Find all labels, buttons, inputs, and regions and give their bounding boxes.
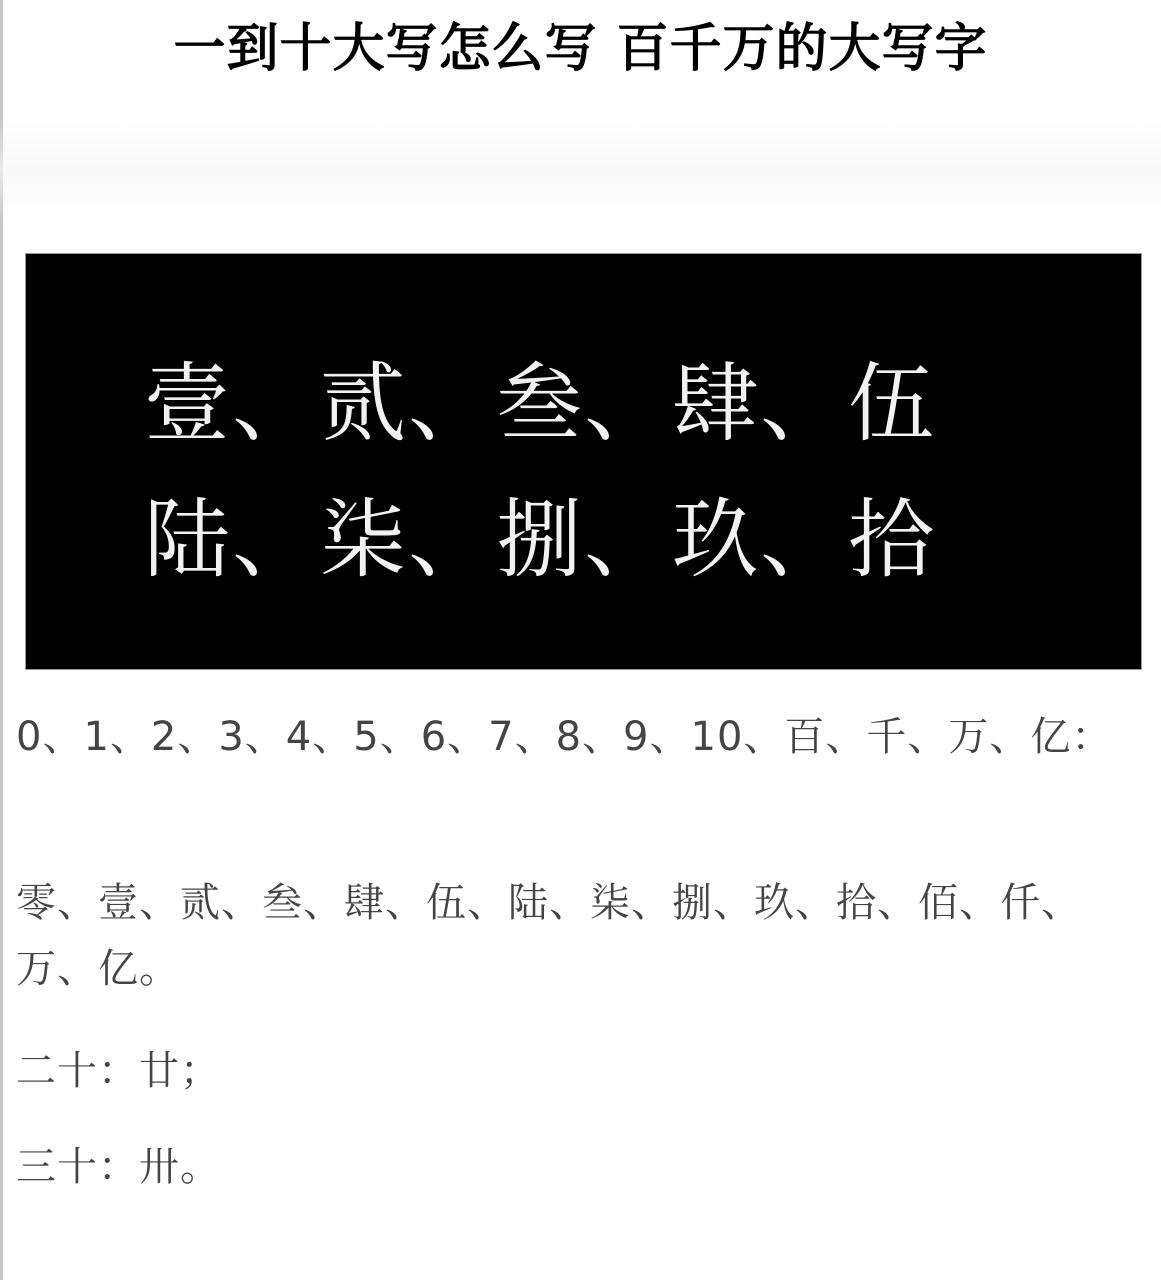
page-title: 一到十大写怎么写 百千万的大写字	[0, 14, 1161, 84]
paragraph-twenty: 二十：廿；	[16, 1038, 1126, 1104]
paragraph-numbers-list: 0、1、2、3、4、5、6、7、8、9、10、百、千、万、亿：	[16, 704, 1126, 770]
faded-watermark-band	[0, 120, 1161, 220]
banner-row-six-to-ten: 陆、柒、捌、玖、拾	[144, 490, 1144, 590]
paragraph-thirty: 三十：卅。	[16, 1134, 1126, 1200]
numerals-banner-image: 壹、贰、叁、肆、伍 陆、柒、捌、玖、拾	[26, 254, 1141, 669]
banner-row-one-to-five: 壹、贰、叁、肆、伍	[144, 354, 1144, 454]
paragraph-capital-numerals: 零、壹、贰、叁、肆、伍、陆、柒、捌、玖、拾、佰、仟、万、亿。	[16, 870, 1126, 1002]
